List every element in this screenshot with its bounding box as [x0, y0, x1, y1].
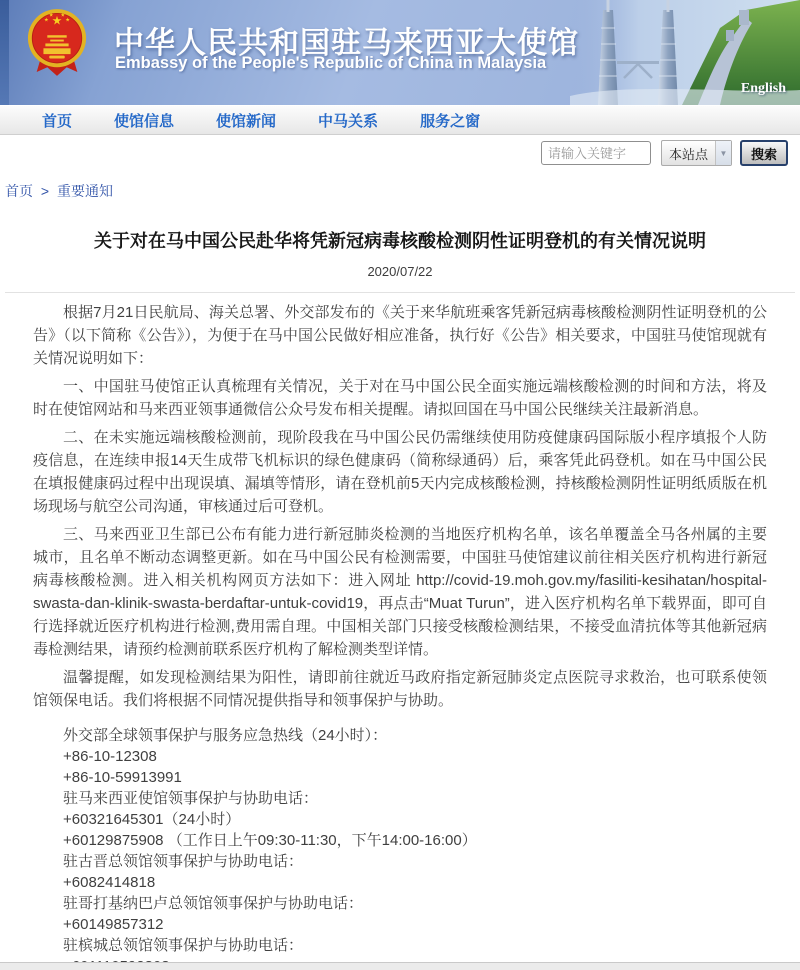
article-paragraph: 根据7月21日民航局、海关总署、外交部发布的《关于来华航班乘客凭新冠病毒核酸检测…: [33, 301, 767, 370]
contact-line: +6082414818: [33, 872, 767, 893]
breadcrumb-current-link[interactable]: 重要通知: [57, 183, 113, 199]
article-paragraph: 一、中国驻马使馆正认真梳理有关情况，关于对在马中国公民全面实施远端核酸检测的时间…: [33, 375, 767, 421]
breadcrumb: 首页 > 重要通知: [0, 171, 800, 201]
main-nav: 首页 使馆信息 使馆新闻 中马关系 服务之窗: [0, 105, 800, 135]
contact-line: +60321645301（24小时）: [33, 809, 767, 830]
banner-left-edge: [0, 0, 9, 105]
embassy-title-en: Embassy of the People's Republic of Chin…: [115, 54, 546, 73]
contact-line: +60149857312: [33, 914, 767, 935]
contact-line: +86-10-12308: [33, 746, 767, 767]
nav-item-service-window[interactable]: 服务之窗: [420, 110, 480, 131]
contact-hotlines: 外交部全球领事保护与服务应急热线（24小时）： +86-10-12308 +86…: [33, 725, 767, 970]
article-paragraph: 二、在未实施远端核酸检测前，现阶段我在马中国公民仍需继续使用防疫健康码国际版小程…: [33, 426, 767, 518]
contact-line: 驻哥打基纳巴卢总领馆领事保护与协助电话：: [33, 893, 767, 914]
contact-line: 外交部全球领事保护与服务应急热线（24小时）：: [33, 725, 767, 746]
article-paragraph: 三、马来西亚卫生部已公布有能力进行新冠肺炎检测的当地医疗机构名单，该名单覆盖全马…: [33, 523, 767, 661]
article-date: 2020/07/22: [33, 264, 767, 279]
contact-line: +86-10-59913991: [33, 767, 767, 788]
article-body: 关于对在马中国公民赴华将凭新冠病毒核酸检测阴性证明登机的有关情况说明 2020/…: [0, 227, 800, 970]
search-bar: 本站点 ▼ 搜索: [0, 135, 800, 171]
search-input[interactable]: [541, 141, 651, 165]
search-scope-select[interactable]: 本站点 ▼: [661, 140, 732, 166]
contact-line: +60129875908 （工作日上午09:30-11:30，下午14:00-1…: [33, 830, 767, 851]
china-national-emblem-icon: [26, 6, 88, 78]
article-paragraph: 温馨提醒，如发现检测结果为阳性，请即前往就近马政府指定新冠肺炎定点医院寻求救治，…: [33, 666, 767, 712]
search-button[interactable]: 搜索: [740, 140, 788, 166]
contact-line: 驻槟城总领馆领事保护与协助电话：: [33, 935, 767, 956]
chevron-down-icon[interactable]: ▼: [715, 141, 731, 165]
article-title: 关于对在马中国公民赴华将凭新冠病毒核酸检测阴性证明登机的有关情况说明: [33, 227, 767, 253]
nav-item-china-malaysia-relations[interactable]: 中马关系: [318, 110, 378, 131]
nav-item-home[interactable]: 首页: [42, 110, 72, 131]
breadcrumb-home-link[interactable]: 首页: [5, 183, 33, 199]
breadcrumb-separator: >: [41, 183, 49, 199]
nav-item-embassy-news[interactable]: 使馆新闻: [216, 110, 276, 131]
search-scope-label: 本站点: [662, 141, 715, 165]
contact-line: 驻马来西亚使馆领事保护与协助电话：: [33, 788, 767, 809]
nav-item-embassy-info[interactable]: 使馆信息: [114, 110, 174, 131]
english-language-link[interactable]: English: [741, 81, 786, 97]
title-divider: [5, 292, 795, 293]
footer-bar: [0, 962, 800, 970]
contact-line: 驻古晋总领馆领事保护与协助电话：: [33, 851, 767, 872]
header-banner: 中华人民共和国驻马来西亚大使馆 Embassy of the People's …: [0, 0, 800, 105]
